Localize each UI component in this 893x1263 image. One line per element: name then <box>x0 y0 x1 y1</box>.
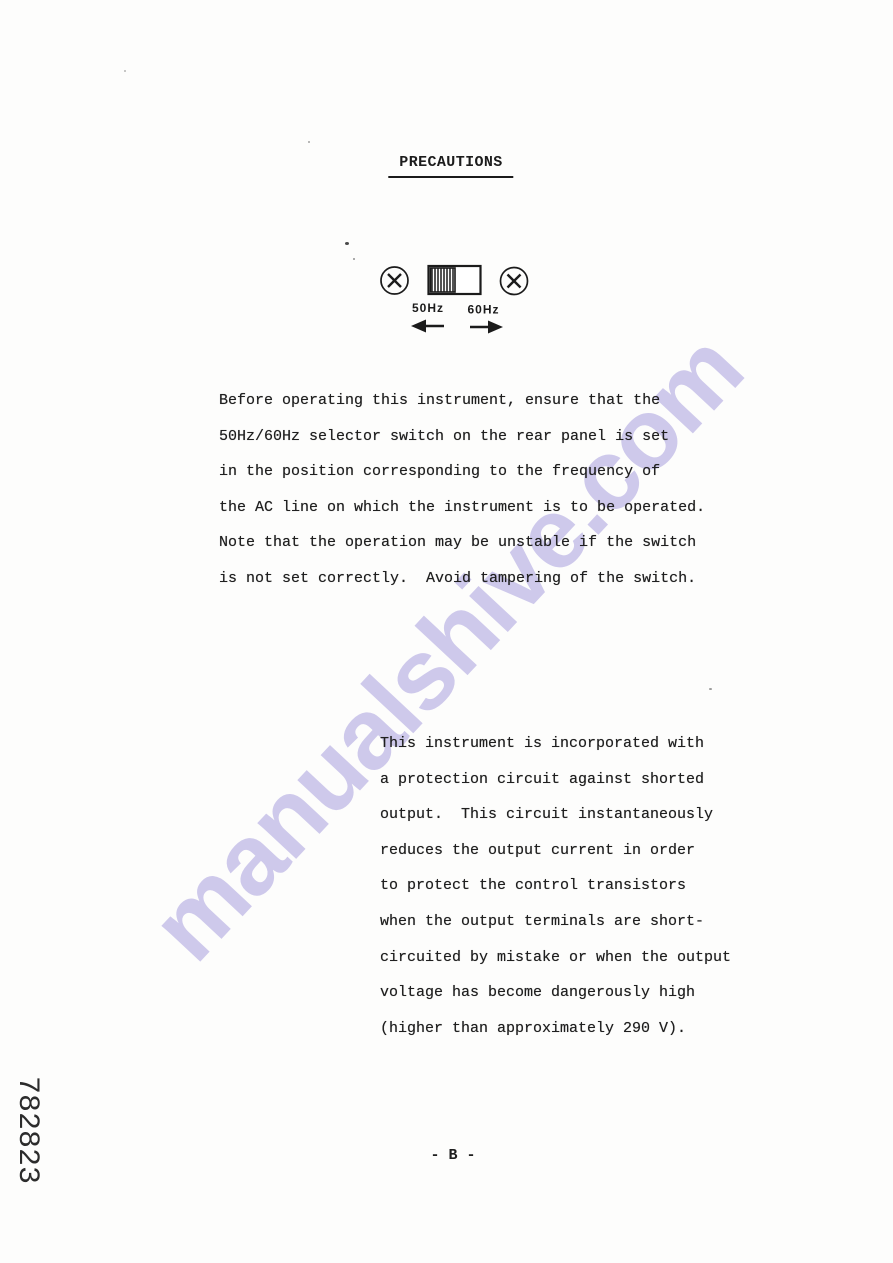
arrow-right-icon <box>470 321 503 334</box>
frequency-selector-diagram: 50Hz 60Hz <box>370 255 545 340</box>
text-line: Note that the operation may be unstable … <box>219 525 705 561</box>
scan-speck <box>308 141 310 143</box>
text-line: 50Hz/60Hz selector switch on the rear pa… <box>219 419 705 455</box>
scan-speck <box>124 70 126 72</box>
text-line: when the output terminals are short- <box>380 904 731 940</box>
text-line: to protect the control transistors <box>380 868 731 904</box>
text-line: in the position corresponding to the fre… <box>219 454 705 490</box>
label-60hz: 60Hz <box>467 303 499 317</box>
screw-right-icon <box>501 268 528 295</box>
protection-paragraph: This instrument is incorporated with a p… <box>380 726 731 1046</box>
text-line: reduces the output current in order <box>380 833 731 869</box>
text-line: This instrument is incorporated with <box>380 726 731 762</box>
label-50hz: 50Hz <box>412 301 444 315</box>
text-line: output. This circuit instantaneously <box>380 797 731 833</box>
scan-speck <box>709 688 712 690</box>
text-line: (higher than approximately 290 V). <box>380 1011 731 1047</box>
text-line: Before operating this instrument, ensure… <box>219 383 705 419</box>
page-number: - B - <box>430 1147 475 1164</box>
scan-speck <box>345 242 349 245</box>
warning-paragraph: Before operating this instrument, ensure… <box>219 383 705 597</box>
screw-left-icon <box>381 267 408 294</box>
text-line: a protection circuit against shorted <box>380 762 731 798</box>
text-line: the AC line on which the instrument is t… <box>219 490 705 526</box>
arrow-left-icon <box>411 320 444 333</box>
scanned-manual-page: manualshive.com PRECAUTIONS <box>0 0 893 1263</box>
page-title: PRECAUTIONS <box>388 154 513 178</box>
document-serial-number: 782823 <box>10 1076 44 1184</box>
text-line: voltage has become dangerously high <box>380 975 731 1011</box>
selector-switch-icon <box>429 266 481 294</box>
text-line: circuited by mistake or when the output <box>380 940 731 976</box>
page-content: PRECAUTIONS <box>0 0 893 1263</box>
text-line: is not set correctly. Avoid tampering of… <box>219 561 705 597</box>
scan-speck <box>353 258 355 260</box>
